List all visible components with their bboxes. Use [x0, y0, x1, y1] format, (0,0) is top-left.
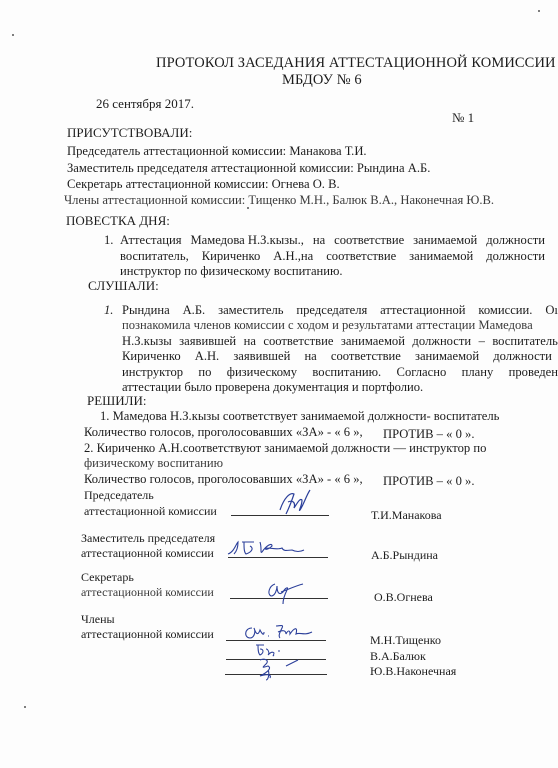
member3-signature	[256, 656, 306, 687]
document-date: 26 сентября 2017.	[96, 96, 194, 112]
chair-role-line2: аттестационной комиссии	[84, 504, 217, 519]
present-deputy: Заместитель председателя аттестационной …	[67, 161, 430, 176]
deputy-role-line2: аттестационной комиссии	[81, 546, 214, 561]
heard-line5: инструктор по физическому воспитанию. Со…	[122, 365, 558, 380]
decided-item2-line1: 2. Кириченко А.Н.соответствуют занимаемо…	[84, 441, 486, 456]
deputy-signature	[226, 538, 306, 563]
document-title-line1: ПРОТОКОЛ ЗАСЕДАНИЯ АТТЕСТАЦИОННОЙ КОМИСС…	[156, 55, 556, 72]
chair-name: Т.И.Манакова	[371, 508, 442, 523]
heard-line1: Рындина А.Б. заместитель председателя ат…	[122, 303, 558, 318]
document-title-line2: МБДОУ № 6	[282, 72, 362, 89]
member2-name: В.А.Балюк	[370, 649, 426, 664]
present-chair: Председатель аттестационной комиссии: Ма…	[67, 144, 367, 159]
scan-speck	[24, 706, 26, 708]
secretary-name: О.В.Огнева	[374, 590, 433, 605]
chair-signature	[276, 488, 316, 521]
agenda-item-line1: Аттестация Мамедова Н.З.кызы., на соотве…	[120, 233, 545, 248]
deputy-name: А.Б.Рындина	[371, 548, 438, 563]
document-number: № 1	[452, 110, 474, 126]
heard-item-number: 1.	[104, 303, 113, 318]
present-secretary: Секретарь аттестационной комиссии: Огнев…	[67, 177, 340, 192]
agenda-item-line2: воспитатель, Кириченко А.Н.,на соответст…	[120, 249, 545, 264]
chair-role-line1: Председатель	[84, 488, 154, 503]
agenda-heading: ПОВЕСТКА ДНЯ:	[66, 213, 170, 229]
deputy-role-line1: Заместитель председателя	[81, 531, 215, 546]
scan-speck	[12, 34, 14, 36]
heard-line6: аттестации было проверена документация и…	[122, 380, 423, 395]
scan-speck	[538, 10, 540, 12]
members-role-line2: аттестационной комиссии	[81, 627, 214, 642]
member3-name: Ю.В.Наконечная	[370, 664, 456, 679]
secretary-role-line1: Секретарь	[81, 570, 134, 585]
member1-name: М.Н.Тищенко	[370, 633, 441, 648]
present-members: Члены аттестационной комиссии: Тищенко М…	[64, 193, 494, 208]
agenda-item-number: 1.	[104, 233, 113, 248]
heard-line3: Н.З.кызы заявившей на соответствие заним…	[122, 334, 558, 349]
decided-votes2-against: ПРОТИВ – « 0 ».	[383, 474, 474, 489]
members-role-line1: Члены	[81, 612, 115, 627]
heard-line2: познакомила членов комиссии с ходом и ре…	[122, 318, 533, 333]
secretary-signature	[265, 580, 305, 611]
agenda-item-line3: инструктор по физическому воспитанию.	[120, 264, 343, 279]
decided-votes1-against: ПРОТИВ – « 0 ».	[383, 427, 474, 442]
decided-votes2-for: Количество голосов, проголосовавших «ЗА»…	[84, 472, 363, 487]
secretary-role-line2: аттестационной комиссии	[81, 585, 214, 600]
decided-votes1-for: Количество голосов, проголосовавших «ЗА»…	[84, 425, 363, 440]
scanned-protocol-page: ПРОТОКОЛ ЗАСЕДАНИЯ АТТЕСТАЦИОННОЙ КОМИСС…	[0, 0, 558, 768]
heard-line4: Кириченко А.Н. заявившей на соответствие…	[122, 349, 552, 364]
decided-item1: 1. Мамедова Н.З.кызы соответствует заним…	[100, 409, 499, 424]
decided-heading: РЕШИЛИ:	[87, 393, 147, 409]
present-heading: ПРИСУТСТВОВАЛИ:	[67, 125, 192, 141]
decided-item2-line2: физическому воспитанию	[84, 456, 223, 471]
heard-heading: СЛУШАЛИ:	[88, 278, 159, 294]
